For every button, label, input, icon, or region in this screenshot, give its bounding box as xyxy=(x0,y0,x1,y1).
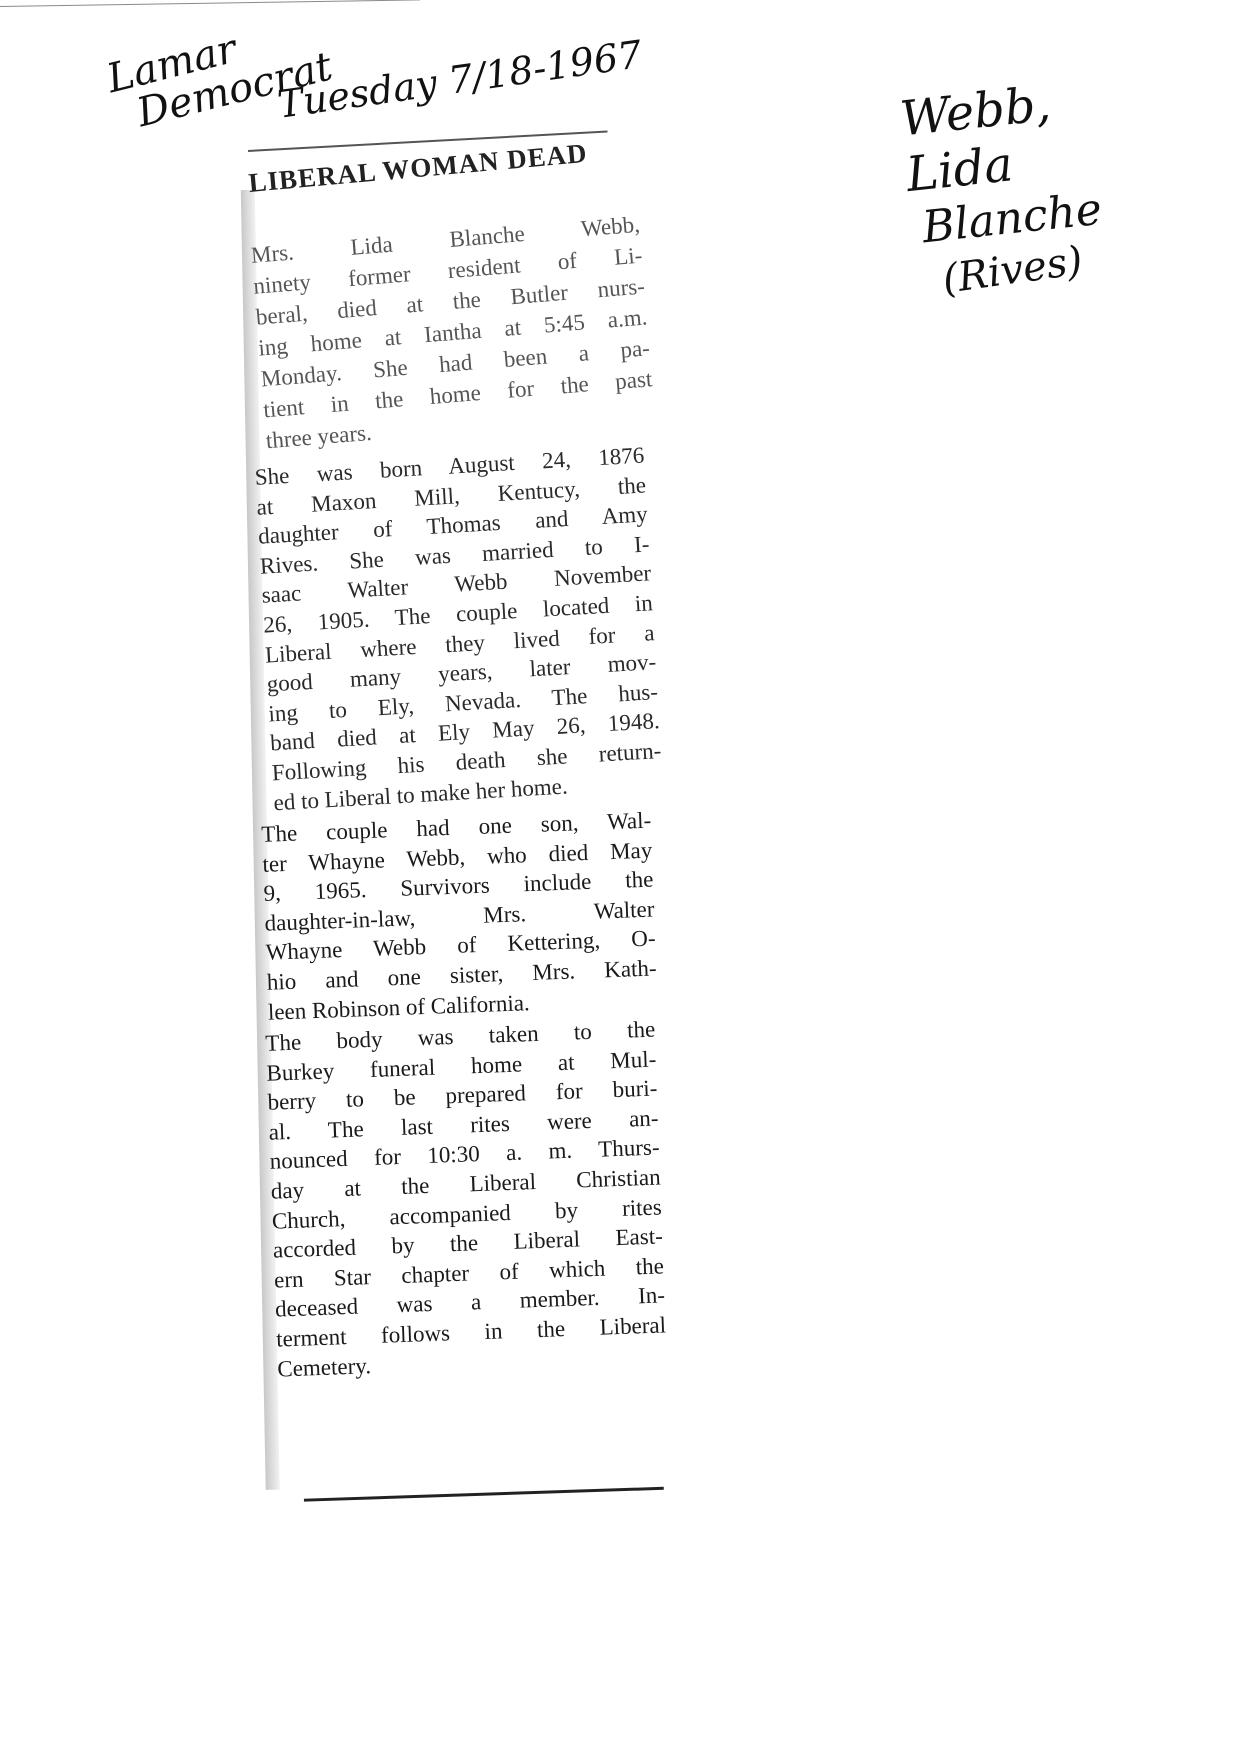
newspaper-clipping: LIBERAL WOMAN DEAD Mrs. Lida Blanche Web… xyxy=(248,142,666,1499)
paragraph-4: The body was taken to the Burkey funeral… xyxy=(265,1015,668,1384)
paragraph-2: She was born August 24, 1876 at Maxon Mi… xyxy=(254,440,664,817)
source-date: Tuesday 7/18-1967 xyxy=(275,35,644,124)
handwritten-name-note: Webb, Lida Blanche (Rives) xyxy=(900,85,1102,297)
paragraph-3: The couple had one son, Wal- ter Whayne … xyxy=(261,806,658,1027)
handwritten-source-note: Lamar Democrat Tuesday 7/18-1967 xyxy=(108,60,337,134)
clipping-bottom-rule xyxy=(304,1487,664,1502)
paragraph-1: Mrs. Lida Blanche Webb, ninety former re… xyxy=(250,209,656,457)
scan-edge-line xyxy=(0,0,420,7)
clipping-body: Mrs. Lida Blanche Webb, ninety former re… xyxy=(250,232,662,1384)
